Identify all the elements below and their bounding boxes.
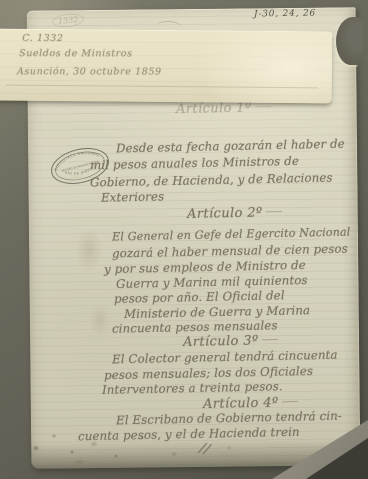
archive-code: J-30, 24, 26 [254, 8, 316, 19]
slip-number: C. 1332 [22, 33, 63, 44]
torn-notch [336, 17, 363, 65]
article-2-heading: Artículo 2º [187, 205, 282, 222]
manuscript-line: Exteriores [101, 189, 164, 204]
backing-board: 1332 J-30, 24, 26 BIBLIOTECA NACIONAL SE… [0, 0, 368, 479]
article-3-heading: Artículo 3º [183, 333, 278, 350]
slip-title: Sueldos de Ministros [19, 48, 132, 59]
catalog-slip: C. 1332 Sueldos de Ministros Asunción, 3… [0, 29, 332, 104]
slip-date: Asunción, 30 octubre 1859 [17, 66, 162, 77]
